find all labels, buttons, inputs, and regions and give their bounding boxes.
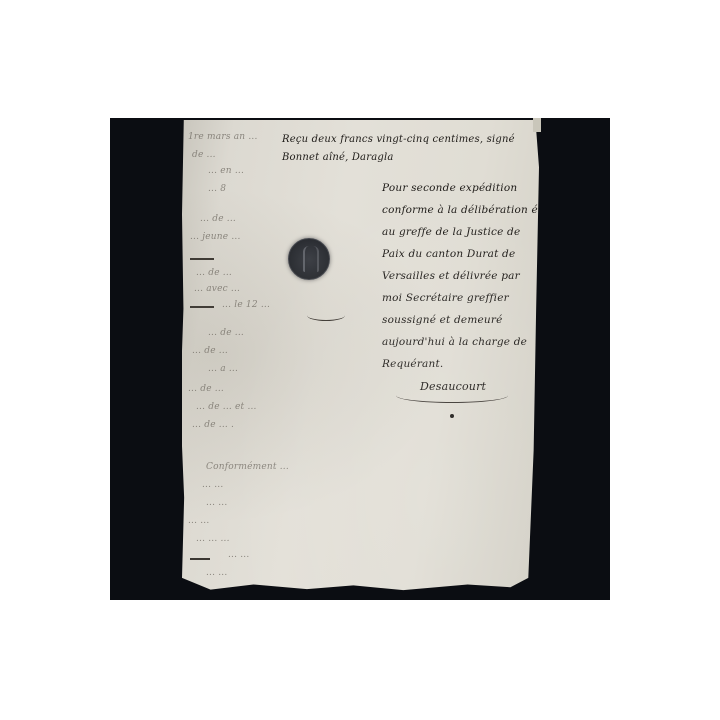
paragraph-line: au greffe de la Justice de bbox=[382, 226, 520, 238]
body-line: ... a ... bbox=[208, 364, 238, 374]
seal-flourish bbox=[307, 310, 345, 321]
margin-note: ... 8 bbox=[208, 184, 226, 194]
paragraph-line: Pour seconde expédition bbox=[382, 182, 517, 194]
margin-note: ... avec ... bbox=[194, 284, 240, 294]
wax-seal-icon bbox=[288, 238, 330, 280]
margin-note: ... de ... bbox=[200, 214, 236, 224]
body-line: ... de ... bbox=[192, 346, 228, 356]
body-line: ... ... bbox=[188, 516, 209, 526]
signature-flourish bbox=[396, 388, 508, 403]
seal-figure bbox=[303, 246, 319, 272]
receipt-line-2: Bonnet aîné, Daragla bbox=[282, 152, 394, 163]
document-photograph: Reçu deux francs vingt-cinq centimes, si… bbox=[110, 118, 610, 600]
body-line: ... ... ... bbox=[196, 534, 230, 544]
paragraph-line: conforme à la délibération étant bbox=[382, 204, 560, 216]
body-line: ... ... bbox=[206, 568, 227, 578]
ink-dot bbox=[450, 414, 454, 418]
paper-tab bbox=[533, 118, 541, 132]
margin-note: ... de ... bbox=[196, 268, 232, 278]
signature: Desaucourt bbox=[420, 380, 486, 393]
paragraph-line: soussigné et demeuré bbox=[382, 314, 503, 326]
paragraph-line: aujourd'hui à la charge de bbox=[382, 336, 527, 348]
paragraph-line: Requérant. bbox=[382, 358, 443, 370]
receipt-line-1: Reçu deux francs vingt-cinq centimes, si… bbox=[282, 134, 515, 145]
body-line: ... de ... et ... bbox=[196, 402, 257, 412]
paragraph-line: Versailles et délivrée par bbox=[382, 270, 520, 282]
body-line: ... de ... bbox=[188, 384, 224, 394]
body-line: Conformément ... bbox=[206, 462, 289, 472]
margin-note: ... jeune ... bbox=[190, 232, 241, 242]
body-line: ... de ... bbox=[208, 328, 244, 338]
body-line: ... ... bbox=[228, 550, 249, 560]
paragraph-line: Paix du canton Durat de bbox=[382, 248, 515, 260]
paragraph-line: moi Secrétaire greffier bbox=[382, 292, 509, 304]
margin-dash bbox=[190, 558, 210, 560]
margin-note: ... le 12 ... bbox=[222, 300, 270, 310]
margin-note: 1re mars an ... bbox=[188, 132, 258, 142]
body-line: ... ... bbox=[202, 480, 223, 490]
body-line: ... de ... . bbox=[192, 420, 234, 430]
manuscript-page: Reçu deux francs vingt-cinq centimes, si… bbox=[182, 120, 539, 592]
margin-dash bbox=[190, 258, 214, 260]
margin-note: ... en ... bbox=[208, 166, 244, 176]
body-line: ... ... bbox=[206, 498, 227, 508]
margin-note: de ... bbox=[192, 150, 216, 160]
margin-dash bbox=[190, 306, 214, 308]
